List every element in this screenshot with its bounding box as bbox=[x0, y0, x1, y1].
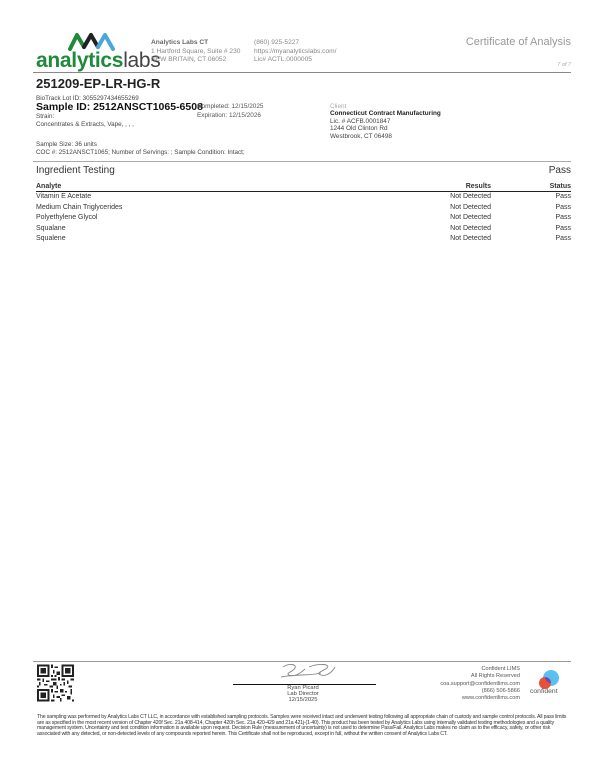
analyte-status: Pass bbox=[491, 234, 571, 245]
analytics-labs-logo: analyticslabs bbox=[36, 50, 161, 71]
completed-date: Completed: 12/15/2025 bbox=[197, 103, 263, 112]
table-row: Vitamin E Acetate Not Detected Pass bbox=[36, 192, 571, 203]
section-status: Pass bbox=[549, 165, 571, 176]
analyte-result: Not Detected bbox=[371, 224, 491, 235]
analyte-result: Not Detected bbox=[371, 234, 491, 245]
lims-phone: (866) 506-5866 bbox=[440, 688, 520, 695]
analyte-status: Pass bbox=[491, 213, 571, 224]
analyte-status: Pass bbox=[491, 192, 571, 203]
lab-license: Lic# ACTL.0000005 bbox=[254, 56, 336, 65]
client-license: Lic. # ACFB.0001847 bbox=[330, 118, 441, 125]
disclaimer-text: The sampling was performed by Analytics … bbox=[37, 715, 571, 737]
column-header-analyte: Analyte bbox=[36, 183, 371, 192]
client-name: Connecticut Contract Manufacturing bbox=[330, 110, 441, 117]
client-info: Client Connecticut Contract Manufacturin… bbox=[330, 103, 441, 140]
analyte-result: Not Detected bbox=[371, 213, 491, 224]
sample-size: Sample Size: 36 units bbox=[36, 141, 245, 149]
sample-dates: Completed: 12/15/2025 Expiration: 12/15/… bbox=[197, 103, 263, 120]
table-row: Squalane Not Detected Pass bbox=[36, 224, 571, 235]
sign-date: 12/15/2025 bbox=[250, 697, 356, 703]
client-address-line1: 1244 Old Clinton Rd bbox=[330, 125, 441, 132]
client-label: Client bbox=[330, 103, 441, 110]
analyte-result: Not Detected bbox=[371, 192, 491, 203]
strain-label: Strain: bbox=[36, 113, 134, 121]
page-number: 7 of 7 bbox=[557, 62, 571, 68]
lab-address-line1: 1 Hartford Square, Suite # 230 bbox=[151, 48, 240, 57]
expiration-date: Expiration: 12/15/2026 bbox=[197, 112, 263, 121]
analyte-name: Squalane bbox=[36, 224, 371, 235]
table-row: Squalene Not Detected Pass bbox=[36, 234, 571, 245]
strain-value: Concentrates & Extracts, Vape, , , , bbox=[36, 121, 134, 129]
confident-brand-text: confident bbox=[530, 688, 558, 695]
lab-address-line2: NEW BRITAIN, CT 06052 bbox=[151, 56, 240, 65]
lims-website-link[interactable]: www.confidentlims.com bbox=[440, 695, 520, 702]
analyte-status: Pass bbox=[491, 203, 571, 214]
column-header-status: Status bbox=[491, 183, 571, 192]
header-divider bbox=[33, 72, 571, 73]
batch-id: 251209-EP-LR-HG-R bbox=[36, 76, 160, 91]
column-header-results: Results bbox=[371, 183, 491, 192]
analytics-labs-logo-mark-icon bbox=[67, 31, 117, 51]
coc-info: COC #: 2512ANSCT1065; Number of Servings… bbox=[36, 149, 245, 157]
sample-id: Sample ID: 2512ANSCT1065-6508 bbox=[36, 101, 203, 113]
lims-info: Confident LIMS All Rights Reserved coa.s… bbox=[440, 666, 520, 702]
table-row: Medium Chain Triglycerides Not Detected … bbox=[36, 203, 571, 214]
section-title: Ingredient Testing bbox=[36, 165, 115, 176]
lab-website-link[interactable]: https://myanalyticslabs.com/ bbox=[254, 48, 336, 57]
document-title: Certificate of Analysis bbox=[466, 36, 571, 48]
lab-address: Analytics Labs CT 1 Hartford Square, Sui… bbox=[151, 39, 240, 65]
sample-details: Sample Size: 36 units COC #: 2512ANSCT10… bbox=[36, 141, 245, 156]
lab-phone: (860) 925-5227 bbox=[254, 39, 336, 48]
client-address-line2: Westbrook, CT 06498 bbox=[330, 133, 441, 140]
signature-icon bbox=[275, 661, 340, 683]
analyte-result: Not Detected bbox=[371, 203, 491, 214]
strain-info: Strain: Concentrates & Extracts, Vape, ,… bbox=[36, 113, 134, 128]
analyte-name: Medium Chain Triglycerides bbox=[36, 203, 371, 214]
table-row: Polyethylene Glycol Not Detected Pass bbox=[36, 213, 571, 224]
lab-contact: (860) 925-5227 https://myanalyticslabs.c… bbox=[254, 39, 336, 65]
analyte-name: Polyethylene Glycol bbox=[36, 213, 371, 224]
qr-code-icon[interactable] bbox=[37, 663, 74, 703]
lab-name: Analytics Labs CT bbox=[151, 39, 240, 48]
analyte-status: Pass bbox=[491, 224, 571, 235]
table-header-row: Analyte Results Status bbox=[36, 183, 571, 192]
signer-block: Ryan Picard Lab Director 12/15/2025 bbox=[250, 685, 356, 704]
logo-text-analytics: analytics bbox=[36, 49, 123, 72]
lims-email-link[interactable]: coa.support@confidentlims.com bbox=[440, 681, 520, 688]
lims-name: Confident LIMS bbox=[440, 666, 520, 673]
analyte-name: Squalene bbox=[36, 234, 371, 245]
results-table: Analyte Results Status Vitamin E Acetate… bbox=[36, 183, 571, 245]
analyte-name: Vitamin E Acetate bbox=[36, 192, 371, 203]
lims-rights: All Rights Reserved bbox=[440, 673, 520, 680]
section-divider bbox=[33, 161, 571, 162]
